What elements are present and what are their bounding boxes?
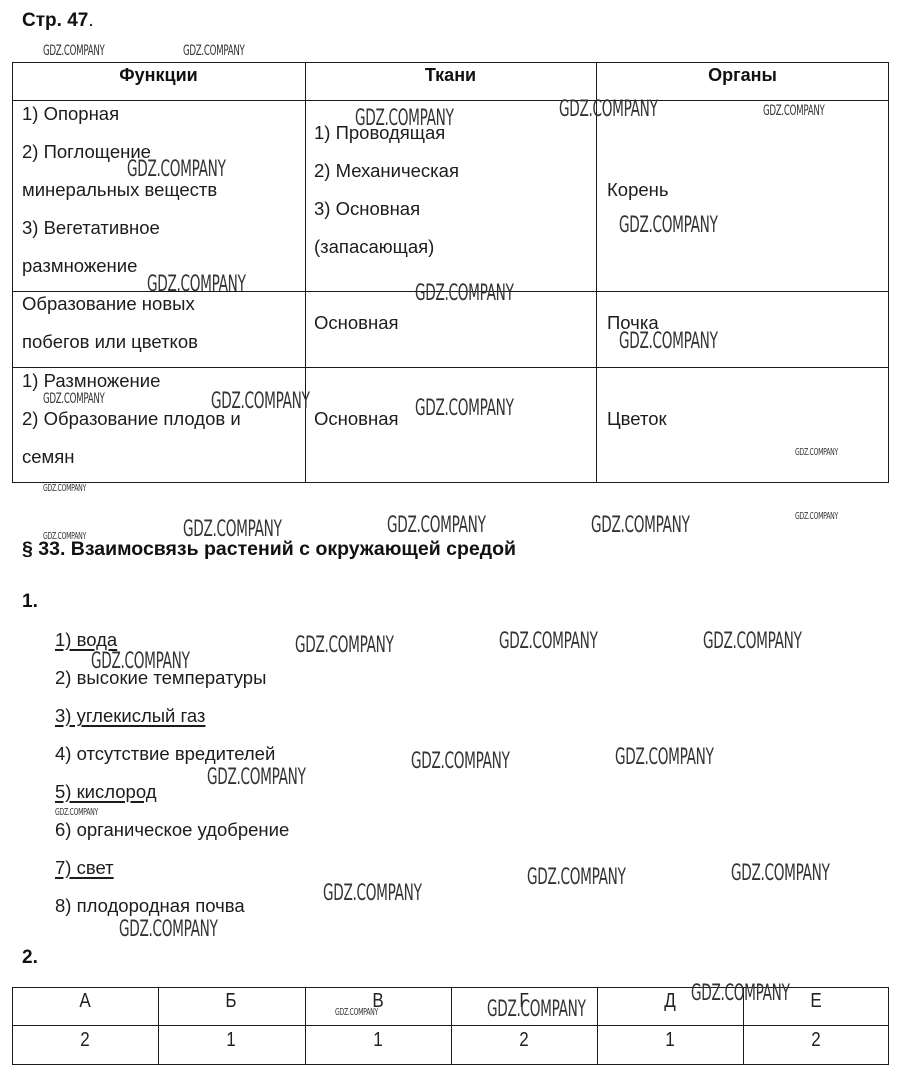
table2-value-v: 1 (316, 1029, 440, 1052)
table2-value-e: 2 (754, 1029, 878, 1052)
watermark: GDZ.COMPANY (703, 631, 802, 653)
table1-row1-tissues: 1) Проводящая 2) Механическая 3) Основна… (314, 114, 459, 266)
page-title-text: Стр. 47 (22, 10, 88, 31)
table1-row2-tissues: Основная (314, 304, 399, 342)
table1-row1-functions: 1) Опорная 2) Поглощение минеральных вещ… (22, 95, 217, 285)
watermark: GDZ.COMPANY (415, 398, 514, 420)
watermark: GDZ.COMPANY (619, 215, 718, 237)
table1-row3-functions: 1) Размножение 2) Образование плодов и с… (22, 362, 241, 476)
watermark: GDZ.COMPANY (795, 512, 838, 522)
watermark: GDZ.COMPANY (207, 767, 306, 789)
table2-col-divider (305, 987, 306, 1065)
watermark: GDZ.COMPANY (691, 983, 790, 1005)
task2-number: 2. (22, 947, 38, 969)
watermark: GDZ.COMPANY (43, 392, 105, 406)
cell-line: 2) Механическая (314, 152, 459, 190)
task1-option-3: 3) углекислый газ (55, 705, 205, 727)
cell-line: побегов или цветков (22, 323, 198, 361)
task1-option-7: 7) свет (55, 857, 114, 879)
watermark: GDZ.COMPANY (127, 159, 226, 181)
watermark: GDZ.COMPANY (795, 448, 838, 458)
table2-header-a: А (23, 990, 147, 1013)
watermark: GDZ.COMPANY (615, 747, 714, 769)
task1-option-6: 6) органическое удобрение (55, 819, 289, 841)
task1-option-1: 1) вода (55, 629, 117, 651)
cell-line: семян (22, 438, 241, 476)
watermark: GDZ.COMPANY (731, 863, 830, 885)
page-title-dot: . (88, 10, 93, 31)
table1-row3-organ: Цветок (607, 400, 667, 438)
watermark: GDZ.COMPANY (487, 999, 586, 1021)
table2-value-d: 1 (608, 1029, 732, 1052)
table2-value-b: 1 (169, 1029, 293, 1052)
cell-line: 3) Вегетативное (22, 209, 217, 247)
table1-header-organs: Органы (596, 65, 889, 86)
table2-col-divider (158, 987, 159, 1065)
table1-row1-organ: Корень (607, 171, 669, 209)
watermark: GDZ.COMPANY (295, 635, 394, 657)
watermark: GDZ.COMPANY (763, 104, 825, 118)
task1-option-4: 4) отсутствие вредителей (55, 743, 275, 765)
watermark: GDZ.COMPANY (591, 515, 690, 537)
watermark: GDZ.COMPANY (335, 1008, 378, 1018)
watermark: GDZ.COMPANY (43, 532, 86, 542)
table1-col-divider (596, 62, 597, 483)
cell-line: 3) Основная (314, 190, 459, 228)
table1-header-tissues: Ткани (305, 65, 596, 86)
table2-col-divider (597, 987, 598, 1065)
watermark: GDZ.COMPANY (559, 99, 658, 121)
watermark: GDZ.COMPANY (43, 44, 105, 58)
watermark: GDZ.COMPANY (211, 391, 310, 413)
cell-line: 1) Опорная (22, 95, 217, 133)
table2-header-b: Б (169, 990, 293, 1013)
watermark: GDZ.COMPANY (323, 883, 422, 905)
table2-value-g: 2 (462, 1029, 586, 1052)
watermark: GDZ.COMPANY (183, 44, 245, 58)
watermark: GDZ.COMPANY (415, 283, 514, 305)
watermark: GDZ.COMPANY (119, 919, 218, 941)
table2-value-a: 2 (23, 1029, 147, 1052)
table2-col-divider (451, 987, 452, 1065)
watermark: GDZ.COMPANY (147, 274, 246, 296)
watermark: GDZ.COMPANY (91, 651, 190, 673)
watermark: GDZ.COMPANY (387, 515, 486, 537)
task1-number: 1. (22, 591, 38, 613)
table1-header-functions: Функции (12, 65, 305, 86)
watermark: GDZ.COMPANY (183, 519, 282, 541)
watermark: GDZ.COMPANY (43, 484, 86, 494)
watermark: GDZ.COMPANY (499, 631, 598, 653)
watermark: GDZ.COMPANY (55, 808, 98, 818)
watermark: GDZ.COMPANY (619, 331, 718, 353)
watermark: GDZ.COMPANY (411, 751, 510, 773)
watermark: GDZ.COMPANY (355, 108, 454, 130)
table1-row3-tissues: Основная (314, 400, 399, 438)
watermark: GDZ.COMPANY (527, 867, 626, 889)
table1-col-divider (305, 62, 306, 483)
task1-option-8: 8) плодородная почва (55, 895, 245, 917)
page-title: Стр. 47. (22, 10, 94, 32)
task1-option-5: 5) кислород (55, 781, 157, 803)
cell-line: (запасающая) (314, 228, 459, 266)
